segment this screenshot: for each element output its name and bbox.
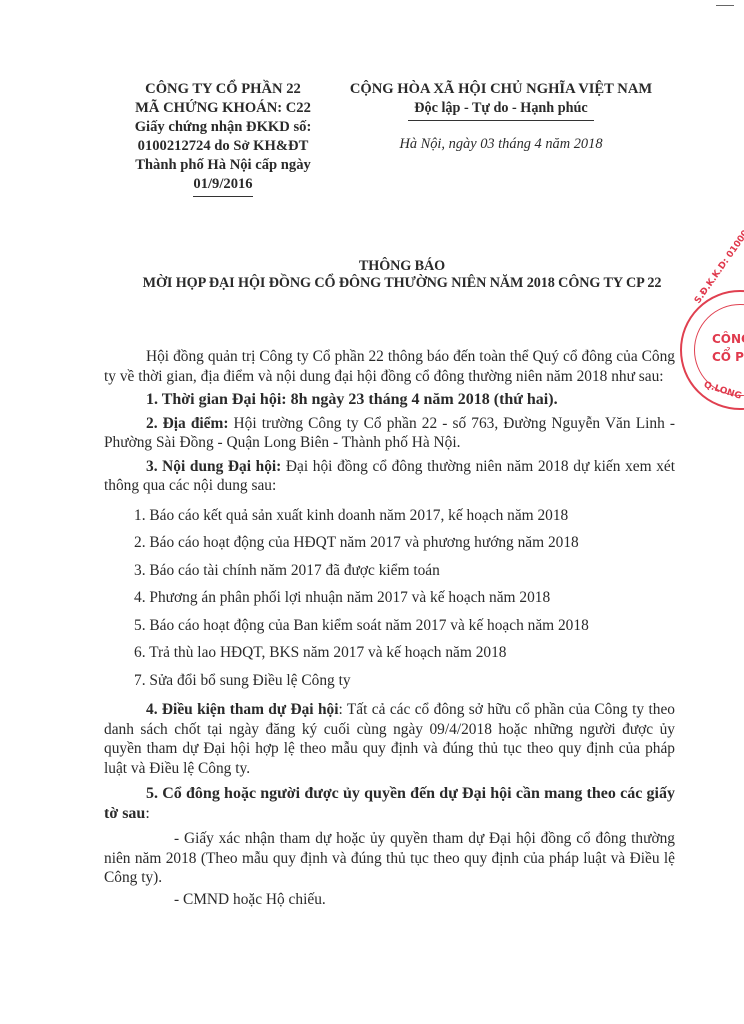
title-line-2: MỜI HỌP ĐẠI HỘI ĐỒNG CỔ ĐÔNG THƯỜNG NIÊN… — [100, 275, 704, 292]
section-documents: 5. Cổ đông hoặc người được ủy quyền đến … — [104, 784, 675, 823]
stamp-line-1: CÔNG — [712, 332, 744, 346]
document-date: Hà Nội, ngày 03 tháng 4 năm 2018 — [345, 136, 657, 153]
agenda-item: 7. Sửa đổi bổ sung Điều lệ Công ty — [134, 667, 675, 695]
company-name: CÔNG TY CỔ PHẦN 22 — [108, 80, 338, 99]
company-header: CÔNG TY CỔ PHẦN 22 MÃ CHỨNG KHOÁN: C22 G… — [108, 80, 338, 197]
section-eligibility-label: 4. Điều kiện tham dự Đại hội — [146, 701, 339, 718]
section-location: 2. Địa điểm: Hội trường Công ty Cổ phần … — [104, 414, 675, 453]
national-motto: Độc lập - Tự do - Hạnh phúc — [408, 99, 593, 121]
registration-issuer: Thành phố Hà Nội cấp ngày — [108, 156, 338, 175]
required-document: - CMND hoặc Hộ chiếu. — [104, 890, 675, 910]
agenda-item: 6. Trả thù lao HĐQT, BKS năm 2017 và kế … — [134, 639, 675, 667]
section-time: 1. Thời gian Đại hội: 8h ngày 23 tháng 4… — [104, 390, 675, 410]
agenda-item: 2. Báo cáo hoạt động của HĐQT năm 2017 v… — [134, 529, 675, 557]
registration-label: Giấy chứng nhận ĐKKD số: — [108, 118, 338, 137]
intro-paragraph: Hội đồng quản trị Công ty Cổ phần 22 thô… — [104, 347, 675, 386]
agenda-list: 1. Báo cáo kết quả sản xuất kinh doanh n… — [134, 502, 675, 695]
section-location-label: 2. Địa điểm: — [146, 415, 228, 432]
registration-number: 0100212724 do Sở KH&ĐT — [108, 137, 338, 156]
agenda-item: 4. Phương án phân phối lợi nhuận năm 201… — [134, 584, 675, 612]
document-title: THÔNG BÁO MỜI HỌP ĐẠI HỘI ĐỒNG CỔ ĐÔNG T… — [100, 258, 704, 292]
section-eligibility: 4. Điều kiện tham dự Đại hội: Tất cả các… — [104, 700, 675, 778]
national-header: CỘNG HÒA XÃ HỘI CHỦ NGHĨA VIỆT NAM Độc l… — [345, 80, 657, 153]
registration-date: 01/9/2016 — [193, 175, 252, 197]
required-document: - Giấy xác nhận tham dự hoặc ủy quyền th… — [104, 829, 675, 888]
agenda-item: 3. Báo cáo tài chính năm 2017 đã được ki… — [134, 557, 675, 585]
title-line-1: THÔNG BÁO — [100, 258, 704, 275]
section-agenda-label: 3. Nội dung Đại hội: — [146, 458, 281, 475]
agenda-item: 5. Báo cáo hoạt động của Ban kiểm soát n… — [134, 612, 675, 640]
agenda-item: 1. Báo cáo kết quả sản xuất kinh doanh n… — [134, 502, 675, 530]
stock-code: MÃ CHỨNG KHOÁN: C22 — [108, 99, 338, 118]
scan-mark — [716, 5, 734, 7]
section-agenda: 3. Nội dung Đại hội: Đại hội đồng cổ đôn… — [104, 457, 675, 496]
stamp-line-2: CỔ P — [712, 350, 744, 364]
document-body: Hội đồng quản trị Công ty Cổ phần 22 thô… — [104, 347, 675, 909]
section-documents-label: 5. Cổ đông hoặc người được ủy quyền đến … — [104, 785, 675, 822]
national-title: CỘNG HÒA XÃ HỘI CHỦ NGHĨA VIỆT NAM — [345, 80, 657, 99]
